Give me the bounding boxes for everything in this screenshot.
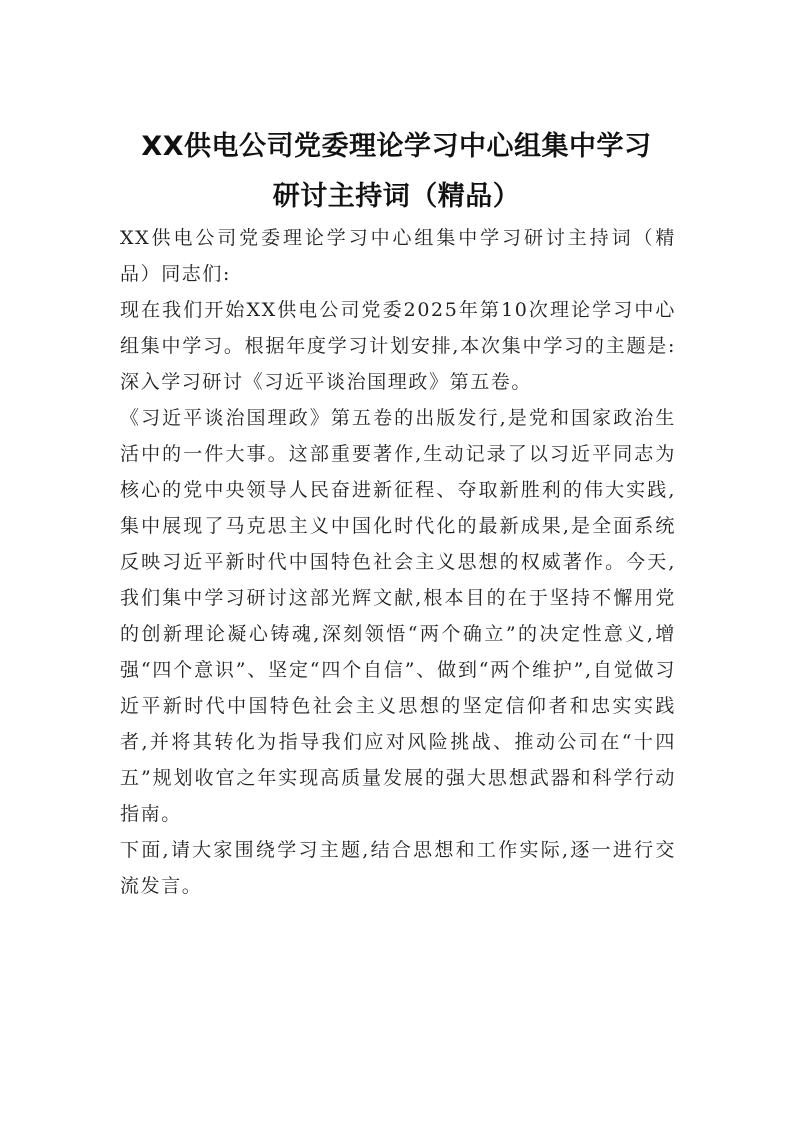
title-line-1: XX供电公司党委理论学习中心组集中学习 [100,122,693,172]
document-page: XX供电公司党委理论学习中心组集中学习 研讨主持词（精品） XX供电公司党委理论… [0,0,793,1122]
document-title: XX供电公司党委理论学习中心组集中学习 研讨主持词（精品） [100,122,693,222]
paragraph-instruction: 下面,请大家围绕学习主题,结合思想和工作实际,逐一进行交流发言。 [120,832,676,904]
paragraph-greeting: XX供电公司党委理论学习中心组集中学习研讨主持词（精品）同志们: [120,220,676,292]
title-line-2: 研讨主持词（精品） [100,172,693,222]
paragraph-opening: 现在我们开始XX供电公司党委2025年第10次理论学习中心组集中学习。根据年度学… [120,292,676,400]
paragraph-significance: 《习近平谈治国理政》第五卷的出版发行,是党和国家政治生活中的一件大事。这部重要著… [120,400,676,832]
document-body: XX供电公司党委理论学习中心组集中学习研讨主持词（精品）同志们: 现在我们开始X… [120,220,676,904]
